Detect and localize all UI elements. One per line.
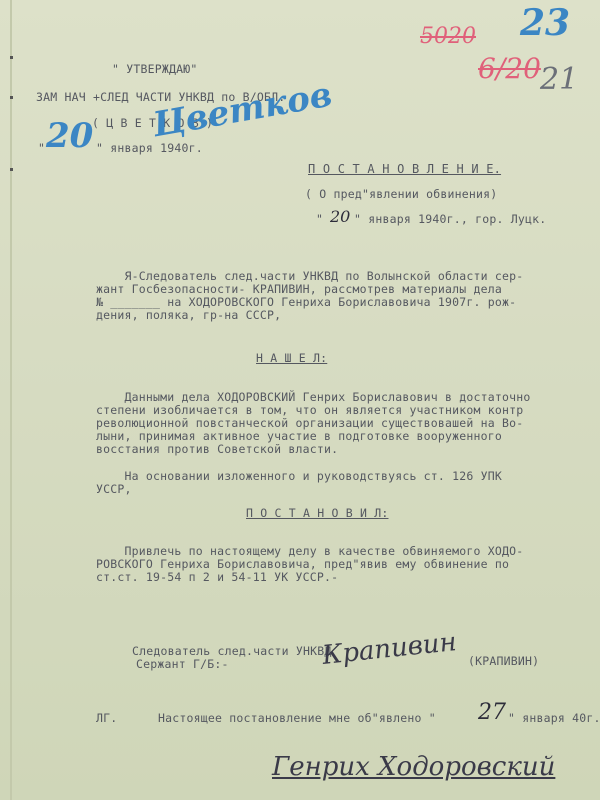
- archive-new-number: 23: [520, 2, 570, 44]
- found-paragraph: Данными дела ХОДОРОВСКИЙ Генрих Борислав…: [96, 391, 531, 456]
- announcement-date-handwritten: 27: [478, 700, 506, 725]
- margin-mark: [10, 96, 13, 99]
- found-heading: Н А Ш Е Л:: [256, 352, 327, 365]
- investigator-rank: Сержант Г/Б:-: [136, 658, 229, 671]
- accused-signature: Генрих Ходоровский: [272, 752, 555, 782]
- intro-paragraph: Я-Следователь след.части УНКВД по Волынс…: [96, 270, 523, 322]
- text-line: На основании изложенного и руководствуяс…: [96, 470, 502, 483]
- announcement-text: Настоящее постановление мне об"явлено ": [158, 712, 436, 725]
- text-line: ст.ст. 19-54 п 2 и 54-11 УК УССР.-: [96, 571, 523, 584]
- approval-date-prefix: ": [38, 142, 45, 155]
- text-line: дения, поляка, гр-на СССР,: [96, 309, 523, 322]
- archive-old-number-2: 6/20: [478, 52, 541, 85]
- announcement-prefix: ЛГ.: [96, 712, 117, 725]
- page-fold-line: [10, 0, 12, 800]
- approval-heading: " УТВЕРЖДАЮ": [112, 63, 197, 76]
- approval-signature: Цветков: [150, 75, 335, 146]
- announcement-suffix: " января 40г.: [508, 712, 600, 725]
- margin-mark: [10, 56, 13, 59]
- title-date-prefix: ": [316, 213, 323, 226]
- approval-date-handwritten: 20: [46, 116, 93, 156]
- investigator-signature: Крапивин: [321, 627, 458, 671]
- resolved-heading: П О С Т А Н О В И Л:: [246, 507, 388, 520]
- text-line: УССР,: [96, 483, 502, 496]
- document-page: 5020 23 6/20 21 " УТВЕРЖДАЮ" ЗАМ НАЧ +СЛ…: [0, 0, 600, 800]
- approval-date-suffix: " января 1940г.: [96, 142, 203, 155]
- investigator-name: (КРАПИВИН): [468, 655, 539, 668]
- title-date-suffix: " января 1940г., гор. Луцк.: [354, 213, 546, 226]
- title-date-handwritten: 20: [330, 207, 350, 226]
- document-title: П О С Т А Н О В Л Е Н И Е.: [308, 163, 501, 176]
- archive-old-number: 5020: [420, 24, 476, 49]
- text-line: восстания против Советской власти.: [96, 443, 531, 456]
- document-subtitle: ( О пред"явлении обвинения): [305, 188, 497, 201]
- resolved-paragraph: Привлечь по настоящему делу в качестве о…: [96, 545, 523, 584]
- margin-mark: [10, 168, 13, 171]
- archive-new-number-2: 21: [540, 62, 578, 97]
- basis-paragraph: На основании изложенного и руководствуяс…: [96, 470, 502, 496]
